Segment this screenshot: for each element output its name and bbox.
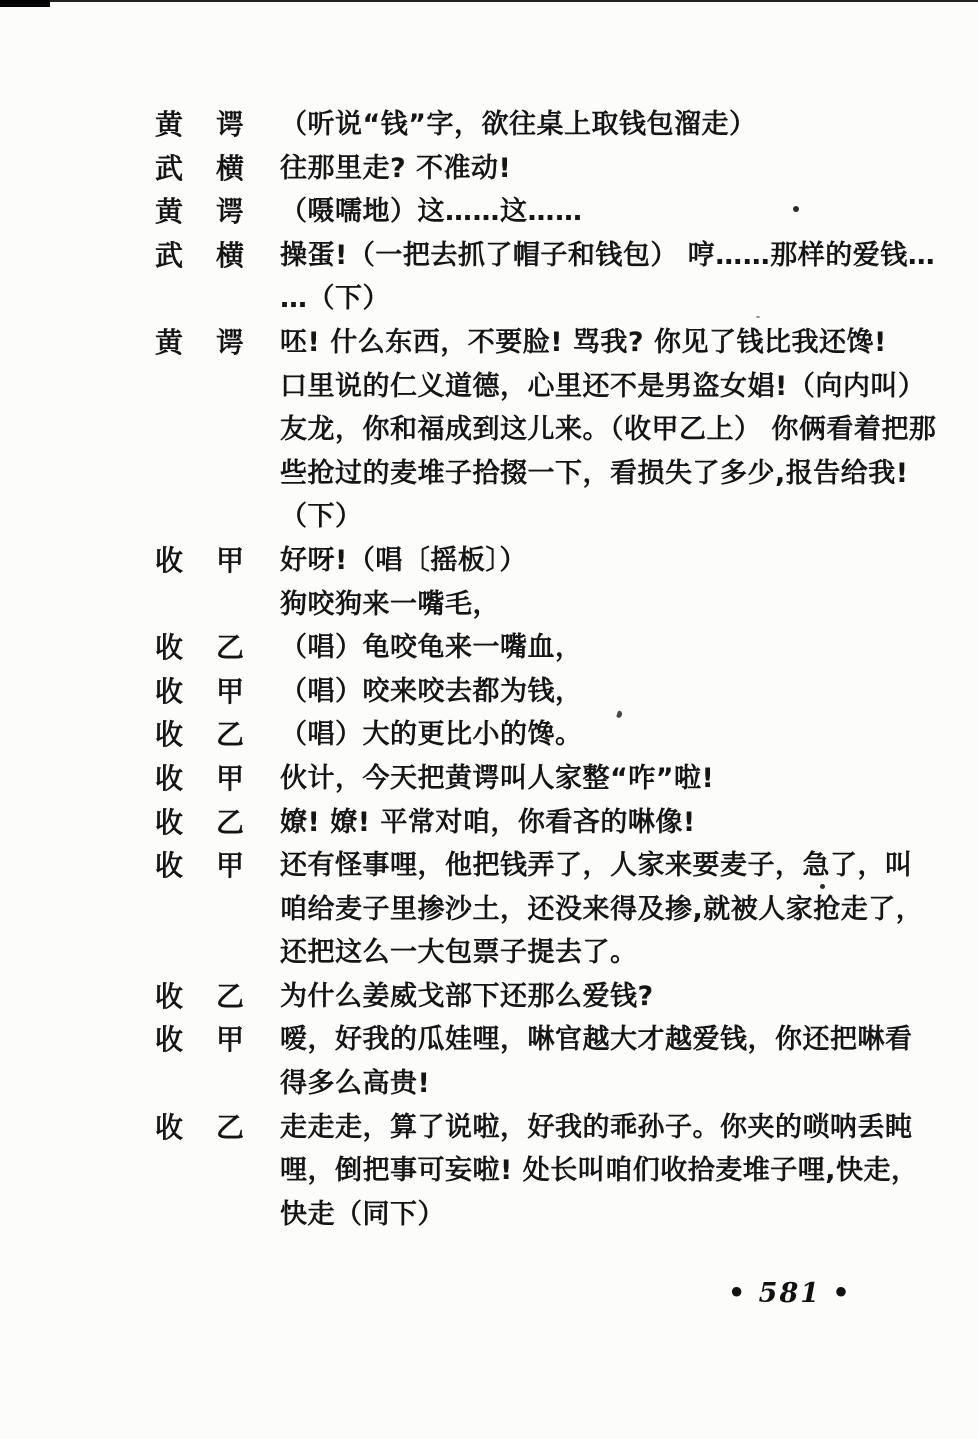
speaker-char-2: 甲: [216, 1018, 244, 1062]
speech-lines: 走走走，算了说啦，好我的乖孙子。你夹的唢呐丢盹哩，倒把事可妄啦! 处长叫咱们收拾…: [280, 1106, 855, 1237]
dialogue-line: 嗳，好我的瓜娃哩，啉官越大才越爱钱，你还把啉看: [280, 1018, 855, 1062]
speaker-name: 黄 谔: [155, 103, 280, 147]
speaker-name: 黄 谔: [155, 321, 280, 365]
speech-row: 收 甲 嗳，好我的瓜娃哩，啉官越大才越爱钱，你还把啉看得多么高贵!: [155, 1018, 855, 1105]
speech-lines: （唱）龟咬龟来一嘴血，: [280, 626, 855, 670]
speaker-char-2: 甲: [216, 670, 244, 714]
speaker-char-1: 武: [155, 147, 183, 191]
dialogue-line: （唱）大的更比小的馋。: [280, 713, 855, 757]
speech-row: 收 甲 还有怪事哩，他把钱弄了，人家来要麦子，急了，叫咱给麦子里掺沙土，还没来得…: [155, 844, 855, 975]
speaker-char-2: 乙: [216, 626, 244, 670]
speaker-char-1: 收: [155, 801, 183, 845]
dialogue-line: 咱给麦子里掺沙土，还没来得及掺,就被人家抢走了，: [280, 888, 855, 932]
speaker-char-2: 乙: [216, 713, 244, 757]
dialogue-line: 友龙，你和福成到这儿来。（收甲乙上） 你俩看着把那: [280, 408, 855, 452]
speaker-name: 收 甲: [155, 539, 280, 583]
speaker-char-2: 谔: [216, 190, 244, 234]
speech-row: 收 乙 （唱）龟咬龟来一嘴血，: [155, 626, 855, 670]
document-page: 黄 谔 （听说“钱”字，欲往桌上取钱包溜走） 武 横 往那里走? 不准动! 黄 …: [0, 0, 978, 1439]
speaker-name: 收 甲: [155, 757, 280, 801]
dialogue-line: （唱）龟咬龟来一嘴血，: [280, 626, 855, 670]
speaker-name: 收 乙: [155, 713, 280, 757]
speaker-name: 武 横: [155, 234, 280, 278]
dialogue-line: 口里说的仁义道德，心里还不是男盗女娼!（向内叫）: [280, 365, 855, 409]
speaker-char-1: 收: [155, 1106, 183, 1150]
dialogue-line: 走走走，算了说啦，好我的乖孙子。你夹的唢呐丢盹: [280, 1106, 855, 1150]
speaker-name: 收 甲: [155, 844, 280, 888]
speaker-char-2: 谔: [216, 103, 244, 147]
speaker-char-2: 甲: [216, 844, 244, 888]
scan-top-edge-artifact: [0, 0, 978, 2]
dialogue-line: …（下）: [280, 277, 855, 321]
dialogue-line: 还把这么一大包票子提去了。: [280, 931, 855, 975]
dialogue-line: 呸! 什么东西，不要脸! 骂我? 你见了钱比我还馋!: [280, 321, 855, 365]
speaker-char-1: 收: [155, 539, 183, 583]
dialogue-line: 哩，倒把事可妄啦! 处长叫咱们收拾麦堆子哩,快走，: [280, 1149, 855, 1193]
speech-row: 武 横 往那里走? 不准动!: [155, 147, 855, 191]
dialogue-line: 快走（同下）: [280, 1193, 855, 1237]
dialogue-line: （唱）咬来咬去都为钱，: [280, 670, 855, 714]
speech-lines: （唱）咬来咬去都为钱，: [280, 670, 855, 714]
speech-lines: （听说“钱”字，欲往桌上取钱包溜走）: [280, 103, 855, 147]
speech-row: 黄 谔 （听说“钱”字，欲往桌上取钱包溜走）: [155, 103, 855, 147]
dialogue-line: （听说“钱”字，欲往桌上取钱包溜走）: [280, 103, 855, 147]
speech-lines: 嫽! 嫽! 平常对咱，你看吝的啉像!: [280, 801, 855, 845]
speaker-char-1: 黄: [155, 321, 183, 365]
speaker-char-1: 黄: [155, 190, 183, 234]
speaker-char-2: 乙: [216, 975, 244, 1019]
dialogue-line: 伙计，今天把黄谔叫人家整“咋”啦!: [280, 757, 855, 801]
speaker-name: 收 甲: [155, 670, 280, 714]
speech-lines: 呸! 什么东西，不要脸! 骂我? 你见了钱比我还馋!口里说的仁义道德，心里还不是…: [280, 321, 855, 539]
speaker-char-1: 收: [155, 757, 183, 801]
speaker-char-1: 收: [155, 1018, 183, 1062]
speaker-char-2: 甲: [216, 757, 244, 801]
speech-lines: （嗫嚅地）这……这……: [280, 190, 855, 234]
script-body: 黄 谔 （听说“钱”字，欲往桌上取钱包溜走） 武 横 往那里走? 不准动! 黄 …: [155, 103, 855, 1236]
speaker-name: 收 甲: [155, 1018, 280, 1062]
speech-row: 收 乙 走走走，算了说啦，好我的乖孙子。你夹的唢呐丢盹哩，倒把事可妄啦! 处长叫…: [155, 1106, 855, 1237]
speaker-char-1: 收: [155, 626, 183, 670]
speech-row: 收 乙 嫽! 嫽! 平常对咱，你看吝的啉像!: [155, 801, 855, 845]
speaker-char-1: 收: [155, 975, 183, 1019]
dialogue-line: 嫽! 嫽! 平常对咱，你看吝的啉像!: [280, 801, 855, 845]
speech-lines: 好呀!（唱〔摇板〕）狗咬狗来一嘴毛，: [280, 539, 855, 626]
speech-lines: 伙计，今天把黄谔叫人家整“咋”啦!: [280, 757, 855, 801]
dialogue-line: （下）: [280, 495, 855, 539]
speaker-char-1: 收: [155, 670, 183, 714]
speaker-name: 黄 谔: [155, 190, 280, 234]
speech-row: 收 甲 伙计，今天把黄谔叫人家整“咋”啦!: [155, 757, 855, 801]
speaker-char-2: 乙: [216, 1106, 244, 1150]
speaker-char-1: 收: [155, 713, 183, 757]
speech-lines: 为什么姜威戈部下还那么爱钱?: [280, 975, 855, 1019]
speech-lines: 还有怪事哩，他把钱弄了，人家来要麦子，急了，叫咱给麦子里掺沙土，还没来得及掺,就…: [280, 844, 855, 975]
dialogue-line: 狗咬狗来一嘴毛，: [280, 583, 855, 627]
speech-row: 收 乙 为什么姜威戈部下还那么爱钱?: [155, 975, 855, 1019]
speech-row: 收 甲 （唱）咬来咬去都为钱，: [155, 670, 855, 714]
speaker-name: 武 横: [155, 147, 280, 191]
speech-lines: 往那里走? 不准动!: [280, 147, 855, 191]
speaker-char-1: 黄: [155, 103, 183, 147]
speech-lines: 嗳，好我的瓜娃哩，啉官越大才越爱钱，你还把啉看得多么高贵!: [280, 1018, 855, 1105]
dialogue-line: 为什么姜威戈部下还那么爱钱?: [280, 975, 855, 1019]
dialogue-line: 往那里走? 不准动!: [280, 147, 855, 191]
speaker-name: 收 乙: [155, 1106, 280, 1150]
dialogue-line: 好呀!（唱〔摇板〕）: [280, 539, 855, 583]
speaker-char-2: 乙: [216, 801, 244, 845]
dialogue-line: 还有怪事哩，他把钱弄了，人家来要麦子，急了，叫: [280, 844, 855, 888]
speech-lines: （唱）大的更比小的馋。: [280, 713, 855, 757]
speech-row: 收 甲 好呀!（唱〔摇板〕）狗咬狗来一嘴毛，: [155, 539, 855, 626]
speaker-char-2: 横: [216, 147, 244, 191]
speaker-char-1: 收: [155, 844, 183, 888]
speech-row: 黄 谔 （嗫嚅地）这……这……: [155, 190, 855, 234]
speaker-char-2: 谔: [216, 321, 244, 365]
dialogue-line: 得多么高贵!: [280, 1062, 855, 1106]
dialogue-line: 操蛋!（一把去抓了帽子和钱包） 哼……那样的爱钱…: [280, 234, 855, 278]
scan-corner-artifact: [0, 0, 50, 7]
speech-row: 收 乙 （唱）大的更比小的馋。: [155, 713, 855, 757]
speech-row: 黄 谔 呸! 什么东西，不要脸! 骂我? 你见了钱比我还馋!口里说的仁义道德，心…: [155, 321, 855, 539]
speech-row: 武 横 操蛋!（一把去抓了帽子和钱包） 哼……那样的爱钱……（下）: [155, 234, 855, 321]
speaker-name: 收 乙: [155, 626, 280, 670]
speaker-char-2: 横: [216, 234, 244, 278]
speech-lines: 操蛋!（一把去抓了帽子和钱包） 哼……那样的爱钱……（下）: [280, 234, 855, 321]
speaker-char-1: 武: [155, 234, 183, 278]
page-number: • 581 •: [728, 1278, 868, 1309]
speaker-name: 收 乙: [155, 801, 280, 845]
speaker-name: 收 乙: [155, 975, 280, 1019]
speaker-char-2: 甲: [216, 539, 244, 583]
dialogue-line: 些抢过的麦堆子拾掇一下，看损失了多少,报告给我!: [280, 452, 855, 496]
dialogue-line: （嗫嚅地）这……这……: [280, 190, 855, 234]
